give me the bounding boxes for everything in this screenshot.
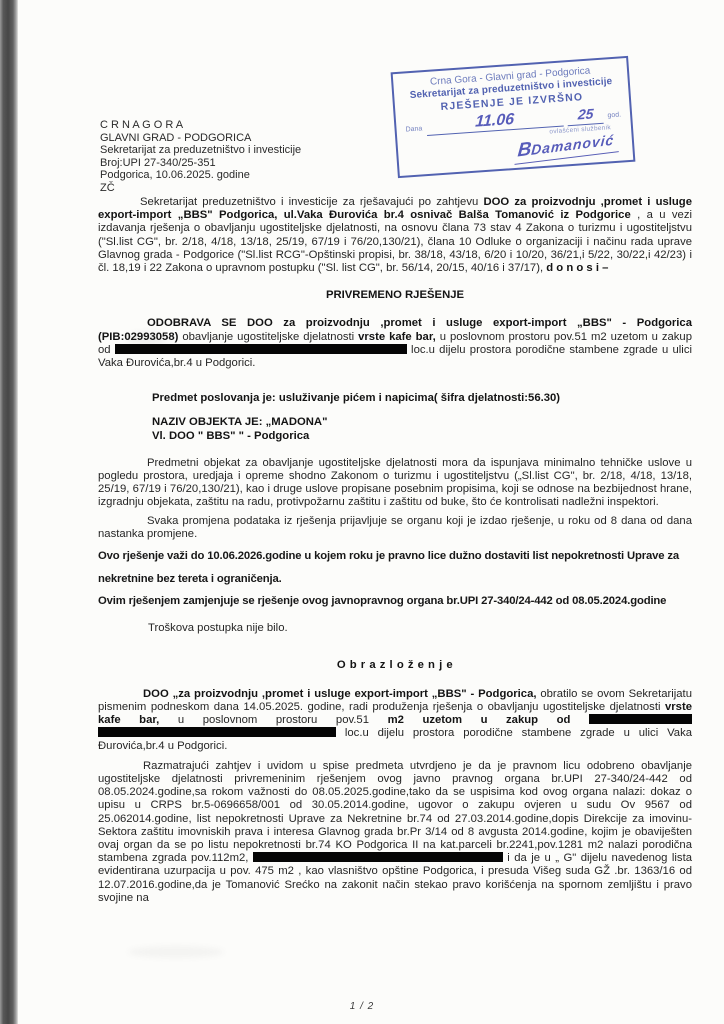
handwritten-year: 25 xyxy=(577,106,594,121)
letterhead-case-number: Broj:UPI 27-340/25-351 xyxy=(100,157,301,170)
letterhead: C R N A G O R A GLAVNI GRAD - PODGORICA … xyxy=(100,119,301,194)
paragraph-replacement: Ovim rješenjem zamjenjuje se rješenje ov… xyxy=(98,595,692,608)
stamp-date-label: Dana xyxy=(405,125,422,133)
document-body: Sekretarijat preduzetništvo i investicij… xyxy=(98,196,692,905)
text-segment: obavljanje ugostiteljske djelatnosti xyxy=(178,331,358,343)
letterhead-initials: ZČ xyxy=(100,182,301,195)
text-segment: Razmatrajući zahtjev i uvidom u spise pr… xyxy=(98,760,692,864)
paragraph-review: Razmatrajući zahtjev i uvidom u spise pr… xyxy=(98,760,692,905)
redaction-bar xyxy=(589,714,692,724)
heading-rationale: O b r a z l o ž e n j e xyxy=(98,659,692,672)
executive-stamp: Crna Gora - Glavni grad - Podgorica Sekr… xyxy=(391,56,636,178)
handwritten-signature: BDamanović xyxy=(514,128,621,165)
text-segment: d o n o s i – xyxy=(546,262,608,274)
text-segment: vrste kafe bar, xyxy=(358,331,436,343)
letterhead-place-date: Podgorica, 10.06.2025. godine xyxy=(100,169,301,182)
paragraph-request: DOO „za proizvodnju ,promet i usluge exp… xyxy=(98,688,692,754)
letterhead-city: GLAVNI GRAD - PODGORICA xyxy=(100,132,301,145)
paragraph-change-notice: Svaka promjena podataka iz rješenja prij… xyxy=(98,515,692,541)
text-segment: m2 uzetom u zakup od xyxy=(388,714,589,726)
paragraph-approval: ODOBRAVA SE DOO za proizvodnju ,promet i… xyxy=(98,317,692,370)
scan-smudge xyxy=(128,946,224,958)
letterhead-secretariat: Sekretarijat za preduzetništvo i investi… xyxy=(100,144,301,157)
paragraph-object-name: NAZIV OBJEKTA JE: „MADONA" Vl. DOO " BBS… xyxy=(98,416,692,442)
paragraph-business-subject: Predmet poslovanja je: usluživanje pićem… xyxy=(98,392,692,405)
scan-edge-artifact xyxy=(0,0,18,1024)
handwritten-date: 11.06 xyxy=(475,112,515,131)
letterhead-country: C R N A G O R A xyxy=(100,119,301,132)
page-number: 1 / 2 xyxy=(0,1001,724,1012)
paragraph-conditions: Predmetni objekat za obavljanje ugostite… xyxy=(98,457,692,510)
stamp-year-blank: 25 xyxy=(567,105,604,126)
signature-initial: B xyxy=(516,139,532,162)
paragraph-costs: Troškova postupka nije bilo. xyxy=(98,622,692,635)
text-segment: u poslovnom prostoru pov.51 xyxy=(159,714,387,726)
document-page: C R N A G O R A GLAVNI GRAD - PODGORICA … xyxy=(0,0,724,1024)
redaction-bar xyxy=(253,852,503,862)
paragraph-validity: Ovo rješenje važi do 10.06.2026.godine u… xyxy=(98,545,692,591)
text-segment: DOO „za proizvodnju ,promet i usluge exp… xyxy=(143,688,537,700)
heading-decision: PRIVREMENO RJEŠENJE xyxy=(98,289,692,302)
redaction-bar xyxy=(115,344,407,354)
text-segment: Sekretarijat preduzetništvo i investicij… xyxy=(140,196,483,208)
stamp-year-suffix: god. xyxy=(607,111,621,119)
paragraph-intro: Sekretarijat preduzetništvo i investicij… xyxy=(98,196,692,275)
signature-name: Damanović xyxy=(530,131,615,157)
redaction-bar xyxy=(98,727,336,737)
object-name-line1: NAZIV OBJEKTA JE: „MADONA" xyxy=(152,416,327,428)
object-name-line2: Vl. DOO " BBS" " - Podgorica xyxy=(152,430,309,442)
